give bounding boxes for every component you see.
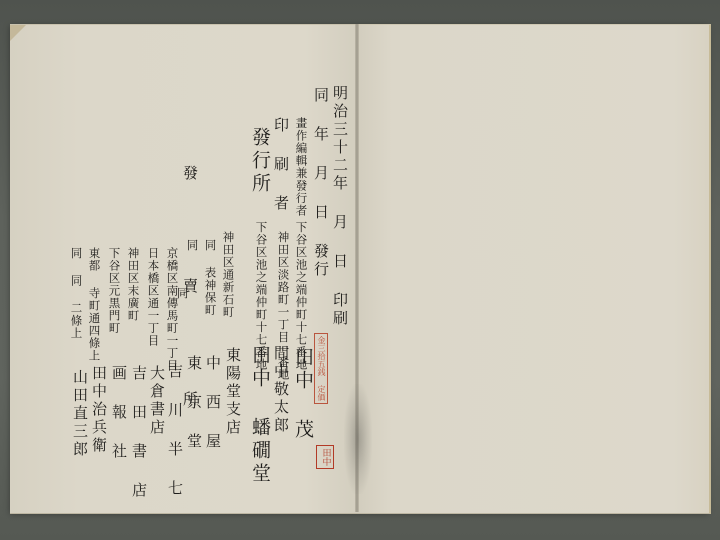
seller-name: 山田直三郎 [72, 369, 87, 459]
printer-name: 間中敬太郎 [273, 345, 288, 435]
seller-address: 神田区通新石町 [222, 231, 234, 319]
print-date: 明治三十二年 月 日 印刷 [332, 85, 347, 328]
seller-address: 同 [186, 239, 198, 252]
seller-name: 吉 川 半 七 [167, 363, 182, 498]
author-label: 畫作編輯兼發行者 [295, 117, 307, 217]
right-page-blank [357, 24, 711, 514]
price-stamp: 金三拾五銭 定価 [314, 333, 328, 404]
seller-name: 吉 田 書 店 [131, 365, 146, 500]
seller-name: 東陽堂支店 [225, 347, 240, 437]
seller-address: 東都 寺町通四條上 [88, 247, 100, 362]
gutter-stain [344, 384, 372, 494]
seller-address: 下谷区元黒門町 [108, 247, 120, 335]
publisher-name: 田中 蟠礀堂 [250, 345, 269, 486]
seller-address: 同 表神保町 [204, 239, 216, 317]
publisher-label: 發行所 [250, 127, 269, 196]
publisher-seal: 田中 [316, 445, 334, 469]
seller-name: 東 京 堂 [186, 355, 201, 451]
left-page-colophon: 明治三十二年 月 日 印刷 同 年 月 日 發行 畫作編輯兼發行者 下谷区池之端… [10, 24, 357, 514]
price-stamp-text: 金三拾五銭 定価 [317, 336, 326, 401]
seller-address: 神田区末廣町 [127, 247, 139, 322]
corner-fold [10, 25, 26, 41]
seller-name: 大倉書店 [149, 365, 164, 437]
seller-name: 中 西 屋 [205, 355, 220, 451]
seller-address: 同 同 二條上 [70, 247, 82, 340]
author-name: 田中 茂 [293, 347, 312, 442]
book-spread: 明治三十二年 月 日 印刷 同 年 月 日 發行 畫作編輯兼發行者 下谷区池之端… [10, 24, 708, 512]
seller-name: 画 報 社 [111, 365, 126, 461]
printer-label: 印 刷 者 [273, 117, 288, 213]
seller-address: 京橋区南傳馬町一丁目 [166, 247, 178, 372]
publish-date: 同 年 月 日 發行 [313, 87, 328, 279]
seller-address: 日本橋区通一丁目 [147, 247, 159, 347]
seller-name: 田中治兵衛 [91, 365, 106, 455]
